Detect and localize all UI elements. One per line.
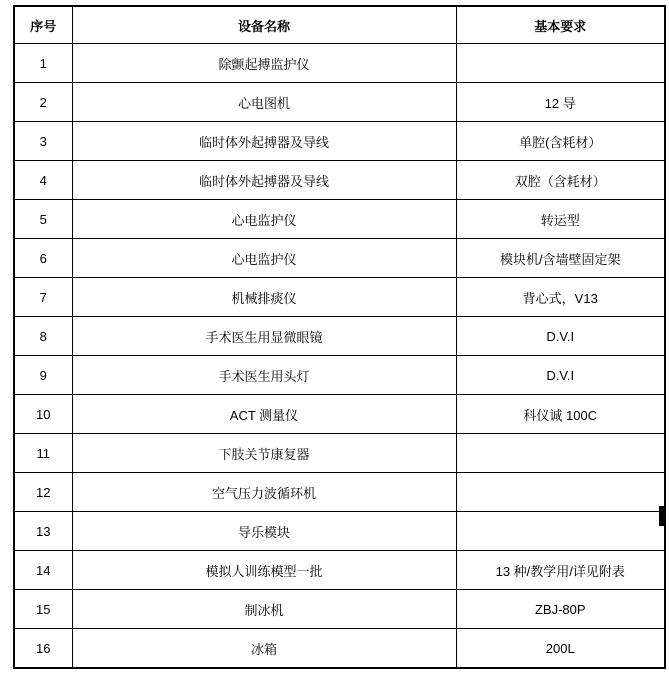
table-row: 2 心电图机 12 导 <box>14 83 665 122</box>
equipment-name-cell: 制冰机 <box>72 590 456 629</box>
equipment-name-cell: 冰箱 <box>72 629 456 669</box>
document-page: 序号 设备名称 基本要求 1 除颤起搏监护仪 2 心电图机 12 导 3 临时体… <box>0 0 669 673</box>
table-row: 11 下肢关节康复器 <box>14 434 665 473</box>
table-row: 5 心电监护仪 转运型 <box>14 200 665 239</box>
header-serial-number: 序号 <box>14 6 72 44</box>
row-number-cell: 6 <box>14 239 72 278</box>
row-number-cell: 11 <box>14 434 72 473</box>
table-row: 7 机械排痰仪 背心式，V13 <box>14 278 665 317</box>
row-number-cell: 10 <box>14 395 72 434</box>
equipment-name-cell: 空气压力波循环机 <box>72 473 456 512</box>
table-row: 13 导乐模块 <box>14 512 665 551</box>
requirement-cell: 200L <box>456 629 665 669</box>
table-row: 8 手术医生用显微眼镜 D.V.I <box>14 317 665 356</box>
right-border-marker <box>659 506 666 526</box>
equipment-name-cell: 心电图机 <box>72 83 456 122</box>
requirement-cell: D.V.I <box>456 356 665 395</box>
table-row: 10 ACT 测量仪 科仪诚 100C <box>14 395 665 434</box>
equipment-name-cell: ACT 测量仪 <box>72 395 456 434</box>
requirement-cell: ZBJ-80P <box>456 590 665 629</box>
table-row: 14 模拟人训练模型一批 13 种/教学用/详见附表 <box>14 551 665 590</box>
equipment-name-cell: 导乐模块 <box>72 512 456 551</box>
row-number-cell: 1 <box>14 44 72 83</box>
row-number-cell: 3 <box>14 122 72 161</box>
requirement-cell: 科仪诚 100C <box>456 395 665 434</box>
equipment-name-cell: 机械排痰仪 <box>72 278 456 317</box>
header-equipment-name: 设备名称 <box>72 6 456 44</box>
table-row: 4 临时体外起搏器及导线 双腔（含耗材） <box>14 161 665 200</box>
row-number-cell: 8 <box>14 317 72 356</box>
row-number-cell: 5 <box>14 200 72 239</box>
row-number-cell: 4 <box>14 161 72 200</box>
row-number-cell: 9 <box>14 356 72 395</box>
equipment-name-cell: 心电监护仪 <box>72 200 456 239</box>
header-basic-requirement: 基本要求 <box>456 6 665 44</box>
equipment-table: 序号 设备名称 基本要求 1 除颤起搏监护仪 2 心电图机 12 导 3 临时体… <box>13 5 666 669</box>
equipment-name-cell: 心电监护仪 <box>72 239 456 278</box>
row-number-cell: 2 <box>14 83 72 122</box>
requirement-cell <box>456 473 665 512</box>
requirement-cell: 单腔(含耗材） <box>456 122 665 161</box>
equipment-name-cell: 手术医生用头灯 <box>72 356 456 395</box>
requirement-cell: 12 导 <box>456 83 665 122</box>
equipment-name-cell: 模拟人训练模型一批 <box>72 551 456 590</box>
requirement-cell: 背心式，V13 <box>456 278 665 317</box>
table-row: 16 冰箱 200L <box>14 629 665 669</box>
row-number-cell: 7 <box>14 278 72 317</box>
table-row: 15 制冰机 ZBJ-80P <box>14 590 665 629</box>
table-row: 12 空气压力波循环机 <box>14 473 665 512</box>
requirement-cell: 模块机/含墙壁固定架 <box>456 239 665 278</box>
equipment-name-cell: 下肢关节康复器 <box>72 434 456 473</box>
table-row: 6 心电监护仪 模块机/含墙壁固定架 <box>14 239 665 278</box>
requirement-cell <box>456 512 665 551</box>
table-row: 9 手术医生用头灯 D.V.I <box>14 356 665 395</box>
header-row: 序号 设备名称 基本要求 <box>14 6 665 44</box>
equipment-name-cell: 手术医生用显微眼镜 <box>72 317 456 356</box>
row-number-cell: 13 <box>14 512 72 551</box>
equipment-name-cell: 除颤起搏监护仪 <box>72 44 456 83</box>
row-number-cell: 15 <box>14 590 72 629</box>
row-number-cell: 16 <box>14 629 72 669</box>
requirement-cell: 双腔（含耗材） <box>456 161 665 200</box>
equipment-name-cell: 临时体外起搏器及导线 <box>72 161 456 200</box>
row-number-cell: 12 <box>14 473 72 512</box>
requirement-cell <box>456 434 665 473</box>
requirement-cell-highlighted: 转运型 <box>456 200 665 239</box>
requirement-cell: 13 种/教学用/详见附表 <box>456 551 665 590</box>
table-row: 3 临时体外起搏器及导线 单腔(含耗材） <box>14 122 665 161</box>
requirement-cell <box>456 44 665 83</box>
equipment-name-cell: 临时体外起搏器及导线 <box>72 122 456 161</box>
requirement-cell: D.V.I <box>456 317 665 356</box>
row-number-cell: 14 <box>14 551 72 590</box>
table-row: 1 除颤起搏监护仪 <box>14 44 665 83</box>
